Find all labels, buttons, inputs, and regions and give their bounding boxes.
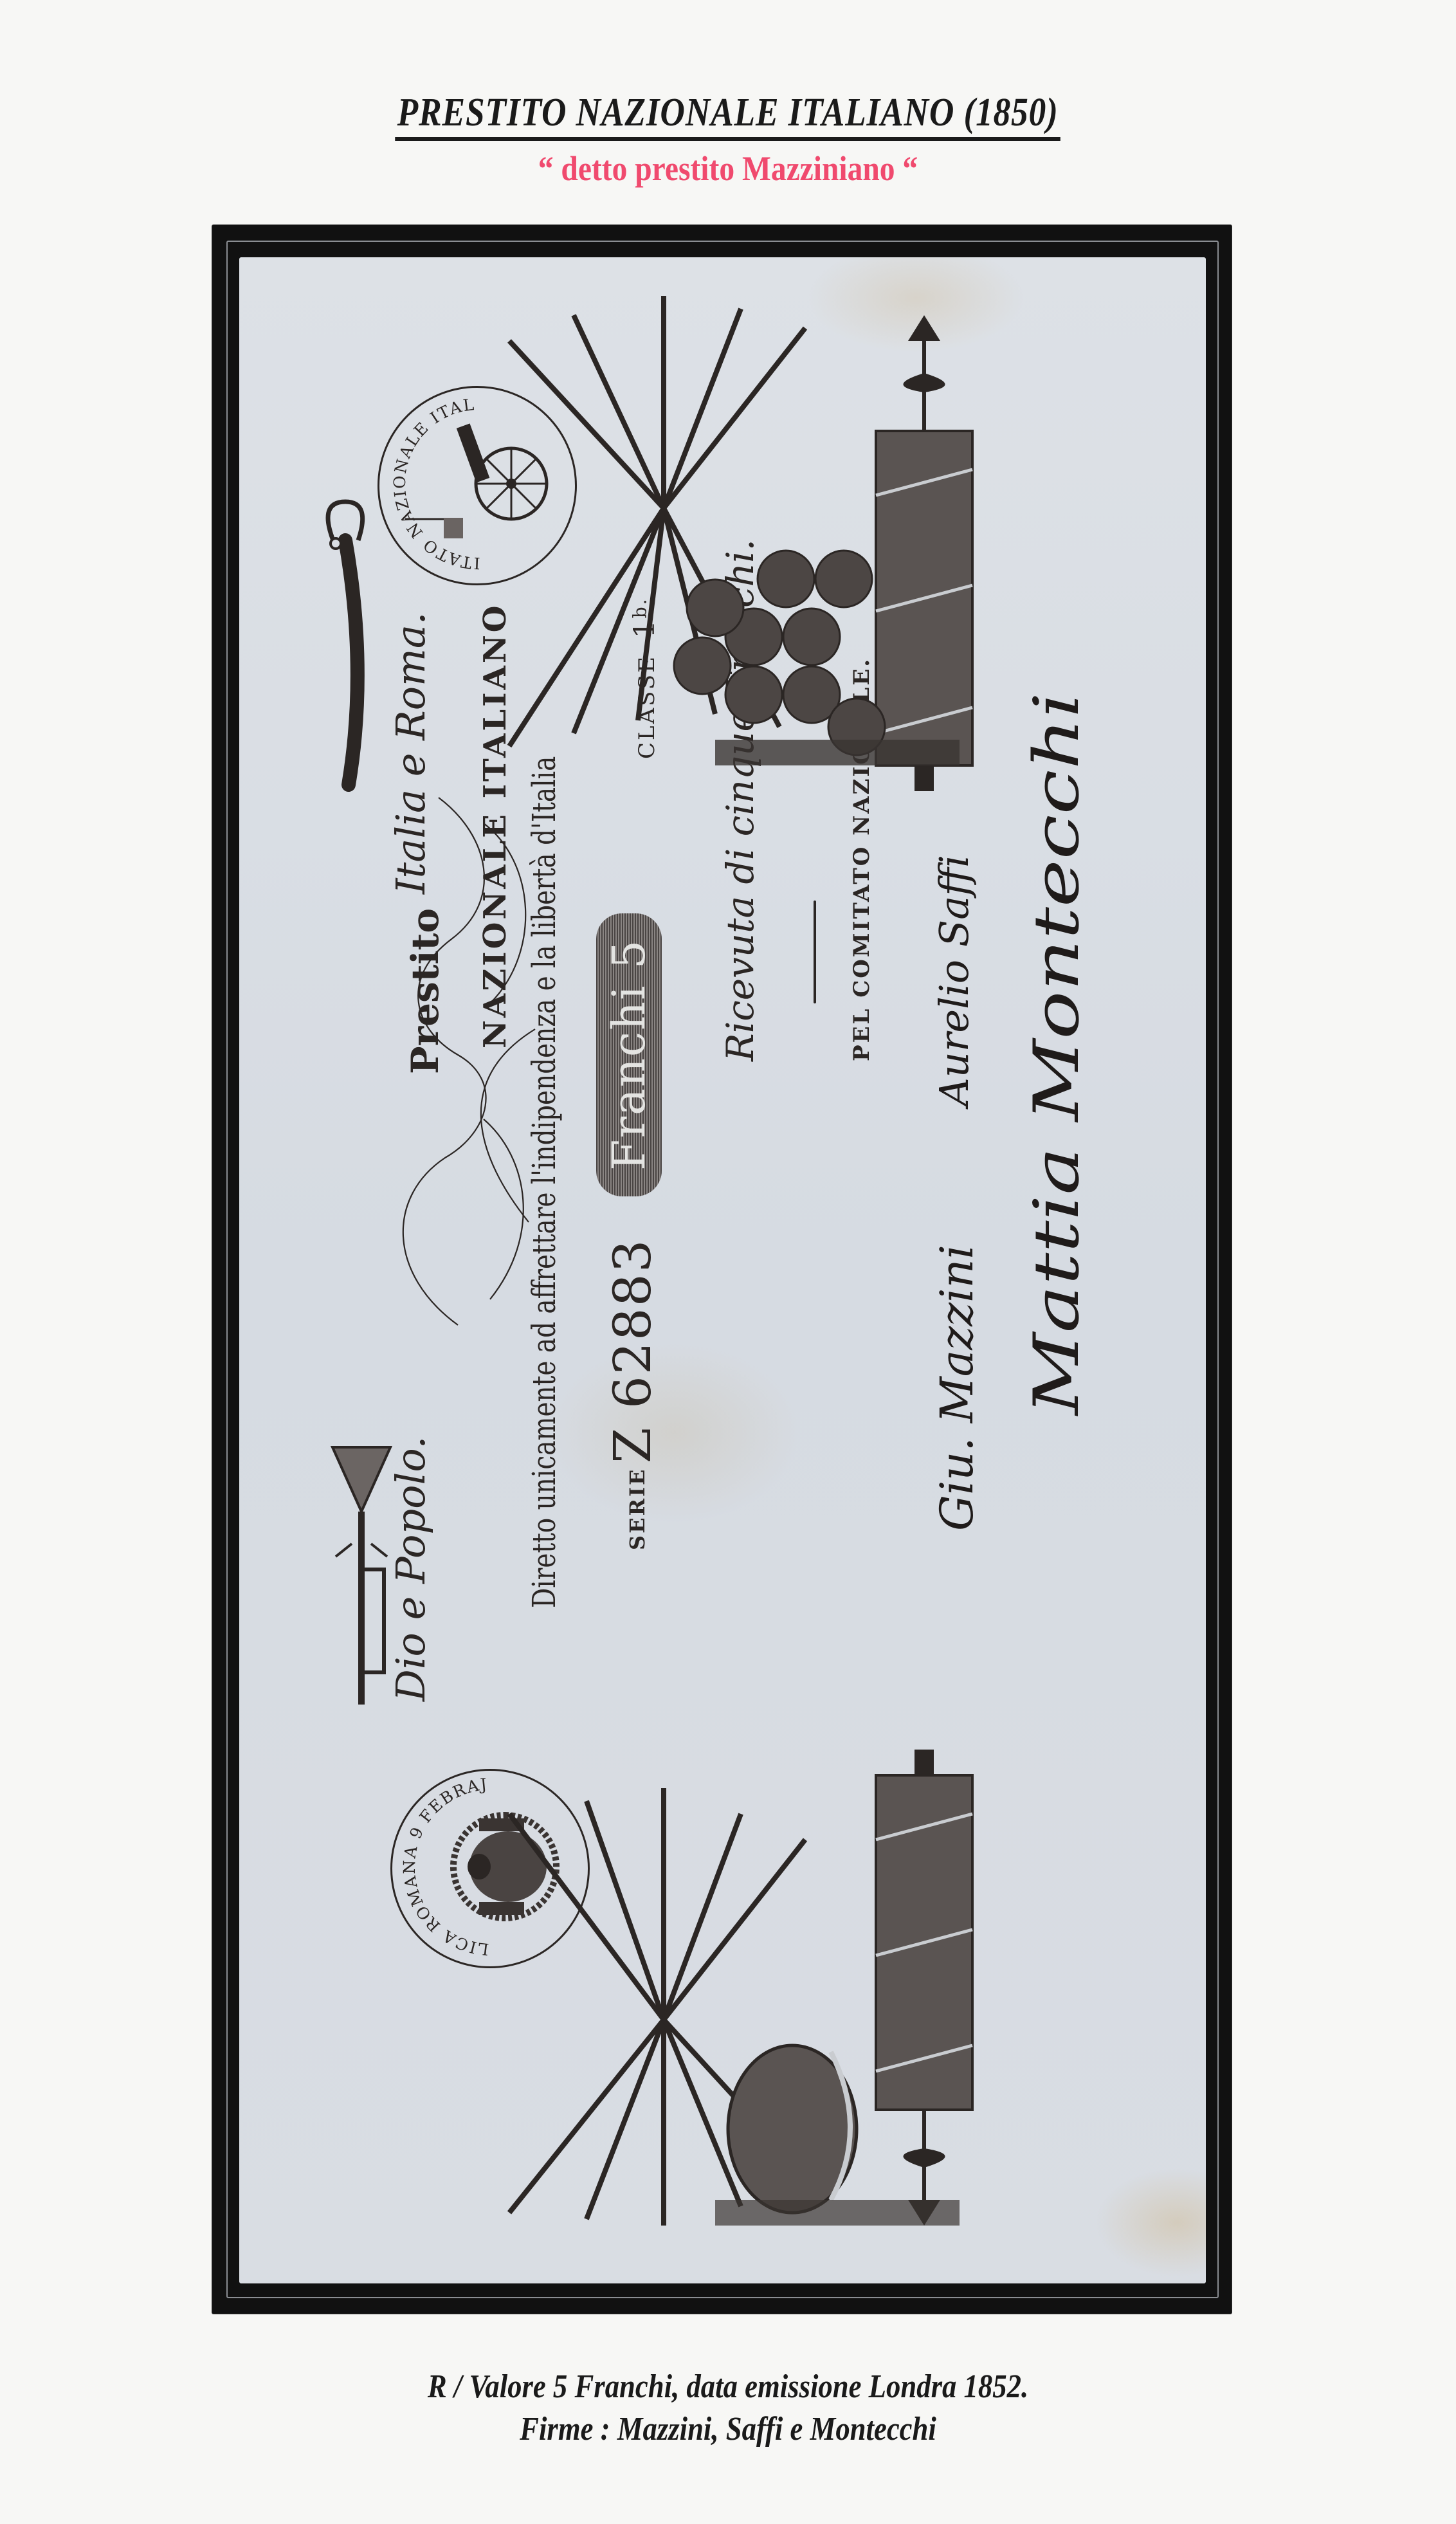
- bond-rotated-content: COMITATO NAZIONALE ITALIANO REPUBLICA R: [239, 257, 1206, 2283]
- caption-line-value-date: R / Valore 5 Franchi, data emissione Lon…: [102, 2366, 1354, 2408]
- value-cartouche: Franchi 5: [596, 913, 662, 1196]
- page-header: PRESTITO NAZIONALE ITALIANO (1850) “ det…: [0, 90, 1456, 188]
- svg-text:COMITATO NAZIONALE ITALIANO: COMITATO NAZIONALE ITALIANO: [379, 395, 480, 583]
- page-subtitle: “ detto prestito Mazziniano “: [87, 149, 1369, 188]
- fasces-icon: [876, 315, 972, 791]
- bond-heading-prestito: Prestito: [403, 908, 447, 1074]
- page-title: PRESTITO NAZIONALE ITALIANO (1850): [395, 90, 1060, 141]
- serie-label: SERIE: [625, 1468, 650, 1550]
- helmet-icon: [728, 2045, 857, 2213]
- bond-certificate: COMITATO NAZIONALE ITALIANO REPUBLICA R: [239, 257, 1206, 2283]
- divider-line: [814, 901, 816, 1003]
- signature-saffi: Aurelio Saffi: [931, 855, 978, 1106]
- bond-purpose-text: Diretto unicamente ad affrettare l'indip…: [525, 756, 563, 1608]
- sword-icon: [310, 489, 381, 798]
- caption-line-signatures: Firme : Mazzini, Saffi e Montecchi: [102, 2408, 1354, 2451]
- serial-number: Z 62883: [603, 1238, 662, 1463]
- denomination: Franchi 5: [603, 939, 655, 1171]
- fasces-icon: [876, 1750, 972, 2226]
- trophy-top-illustration: [471, 277, 1185, 804]
- signature-mazzini: Giu. Mazzini: [931, 1245, 983, 1531]
- caption: R / Valore 5 Franchi, data emissione Lon…: [0, 2366, 1456, 2451]
- motto-dio-e-popolo: Dio e Popolo.: [387, 1436, 434, 1701]
- trophy-bottom-illustration: [471, 1737, 1185, 2264]
